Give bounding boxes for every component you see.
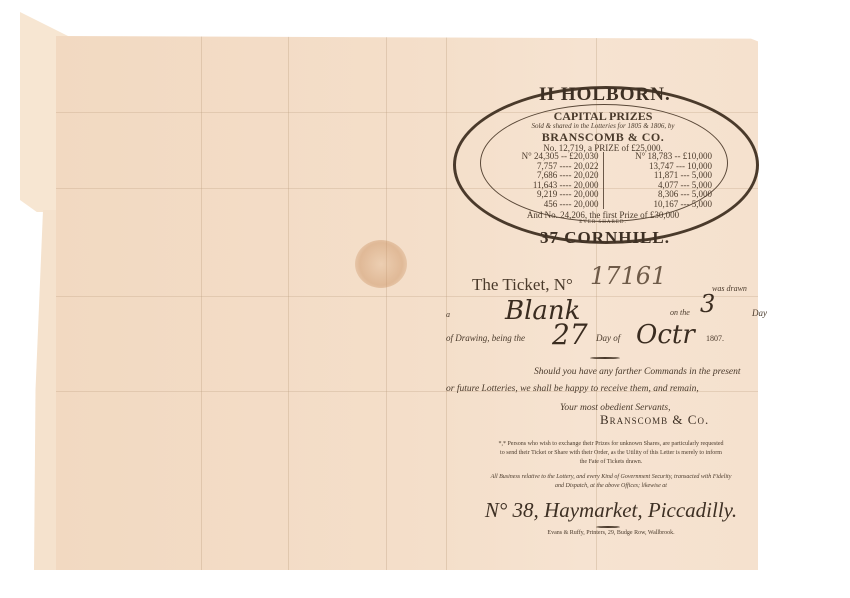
water-stain xyxy=(355,240,407,288)
year-label: 1807. xyxy=(706,334,724,343)
date-handwritten: 27 xyxy=(552,318,588,351)
fold-line xyxy=(201,36,202,570)
business-line-1: All Business relative to the Lottery, an… xyxy=(446,474,776,480)
was-drawn-label: was drawn xyxy=(712,284,747,293)
drawing-label: of Drawing, being the xyxy=(446,333,525,343)
ornament-divider xyxy=(590,357,620,359)
stamp-first-prize: And No. 24,206, the first Prize of £30,0… xyxy=(480,210,726,220)
ornament-divider xyxy=(596,526,620,528)
signature: Branscomb & Co. xyxy=(600,412,709,428)
prize-column-right: N° 18,783 -- £10,000 13,747 --- 10,000 1… xyxy=(604,152,717,209)
day-of-label: Day of xyxy=(596,333,620,343)
prize-table: N° 24,305 -- £20,030 7,757 ---- 20,022 7… xyxy=(490,152,716,209)
prize-entry: 456 ---- 20,000 xyxy=(490,200,599,210)
notice-line-2: to send their Ticket or Share with their… xyxy=(446,450,776,456)
business-line-2: and Dispatch, at the above Offices; like… xyxy=(446,483,776,489)
body-line-1: Should you have any farther Commands in … xyxy=(534,367,741,377)
stamp-bottom-text: 37 CORNHILL. xyxy=(510,228,700,248)
prize-entry: 10,167 --- 5,000 xyxy=(604,200,713,210)
stamp-subheading: Sold & shared in the Lotteries for 1805 … xyxy=(480,122,726,130)
a-label: a xyxy=(446,310,450,319)
fold-line xyxy=(56,296,758,297)
fold-line xyxy=(386,36,387,570)
day-label: Day xyxy=(752,308,767,318)
printer-imprint: Evans & Ruffy, Printers, 29, Budge Row, … xyxy=(446,530,776,536)
ticket-number-handwritten: 17161 xyxy=(590,262,666,290)
fold-line xyxy=(288,36,289,570)
ticket-label: The Ticket, N° xyxy=(472,275,573,295)
month-handwritten: Octr xyxy=(636,320,695,350)
prize-column-left: N° 24,305 -- £20,030 7,757 ---- 20,022 7… xyxy=(490,152,604,209)
notice-line-3: the Fate of Tickets drawn. xyxy=(446,459,776,465)
stamp-top-text: H HOLBORN. xyxy=(520,84,690,106)
body-line-2: or future Lotteries, we shall be happy t… xyxy=(446,384,699,394)
on-the-label: on the xyxy=(670,308,690,317)
address-heading: N° 38, Haymarket, Piccadilly. xyxy=(446,498,776,523)
notice-line-1: *,* Persons who wish to exchange their P… xyxy=(446,441,776,447)
day-handwritten: 3 xyxy=(700,290,715,318)
fold-line xyxy=(446,36,447,570)
stamp-ever-shared: EVER SHARED. xyxy=(480,220,726,225)
